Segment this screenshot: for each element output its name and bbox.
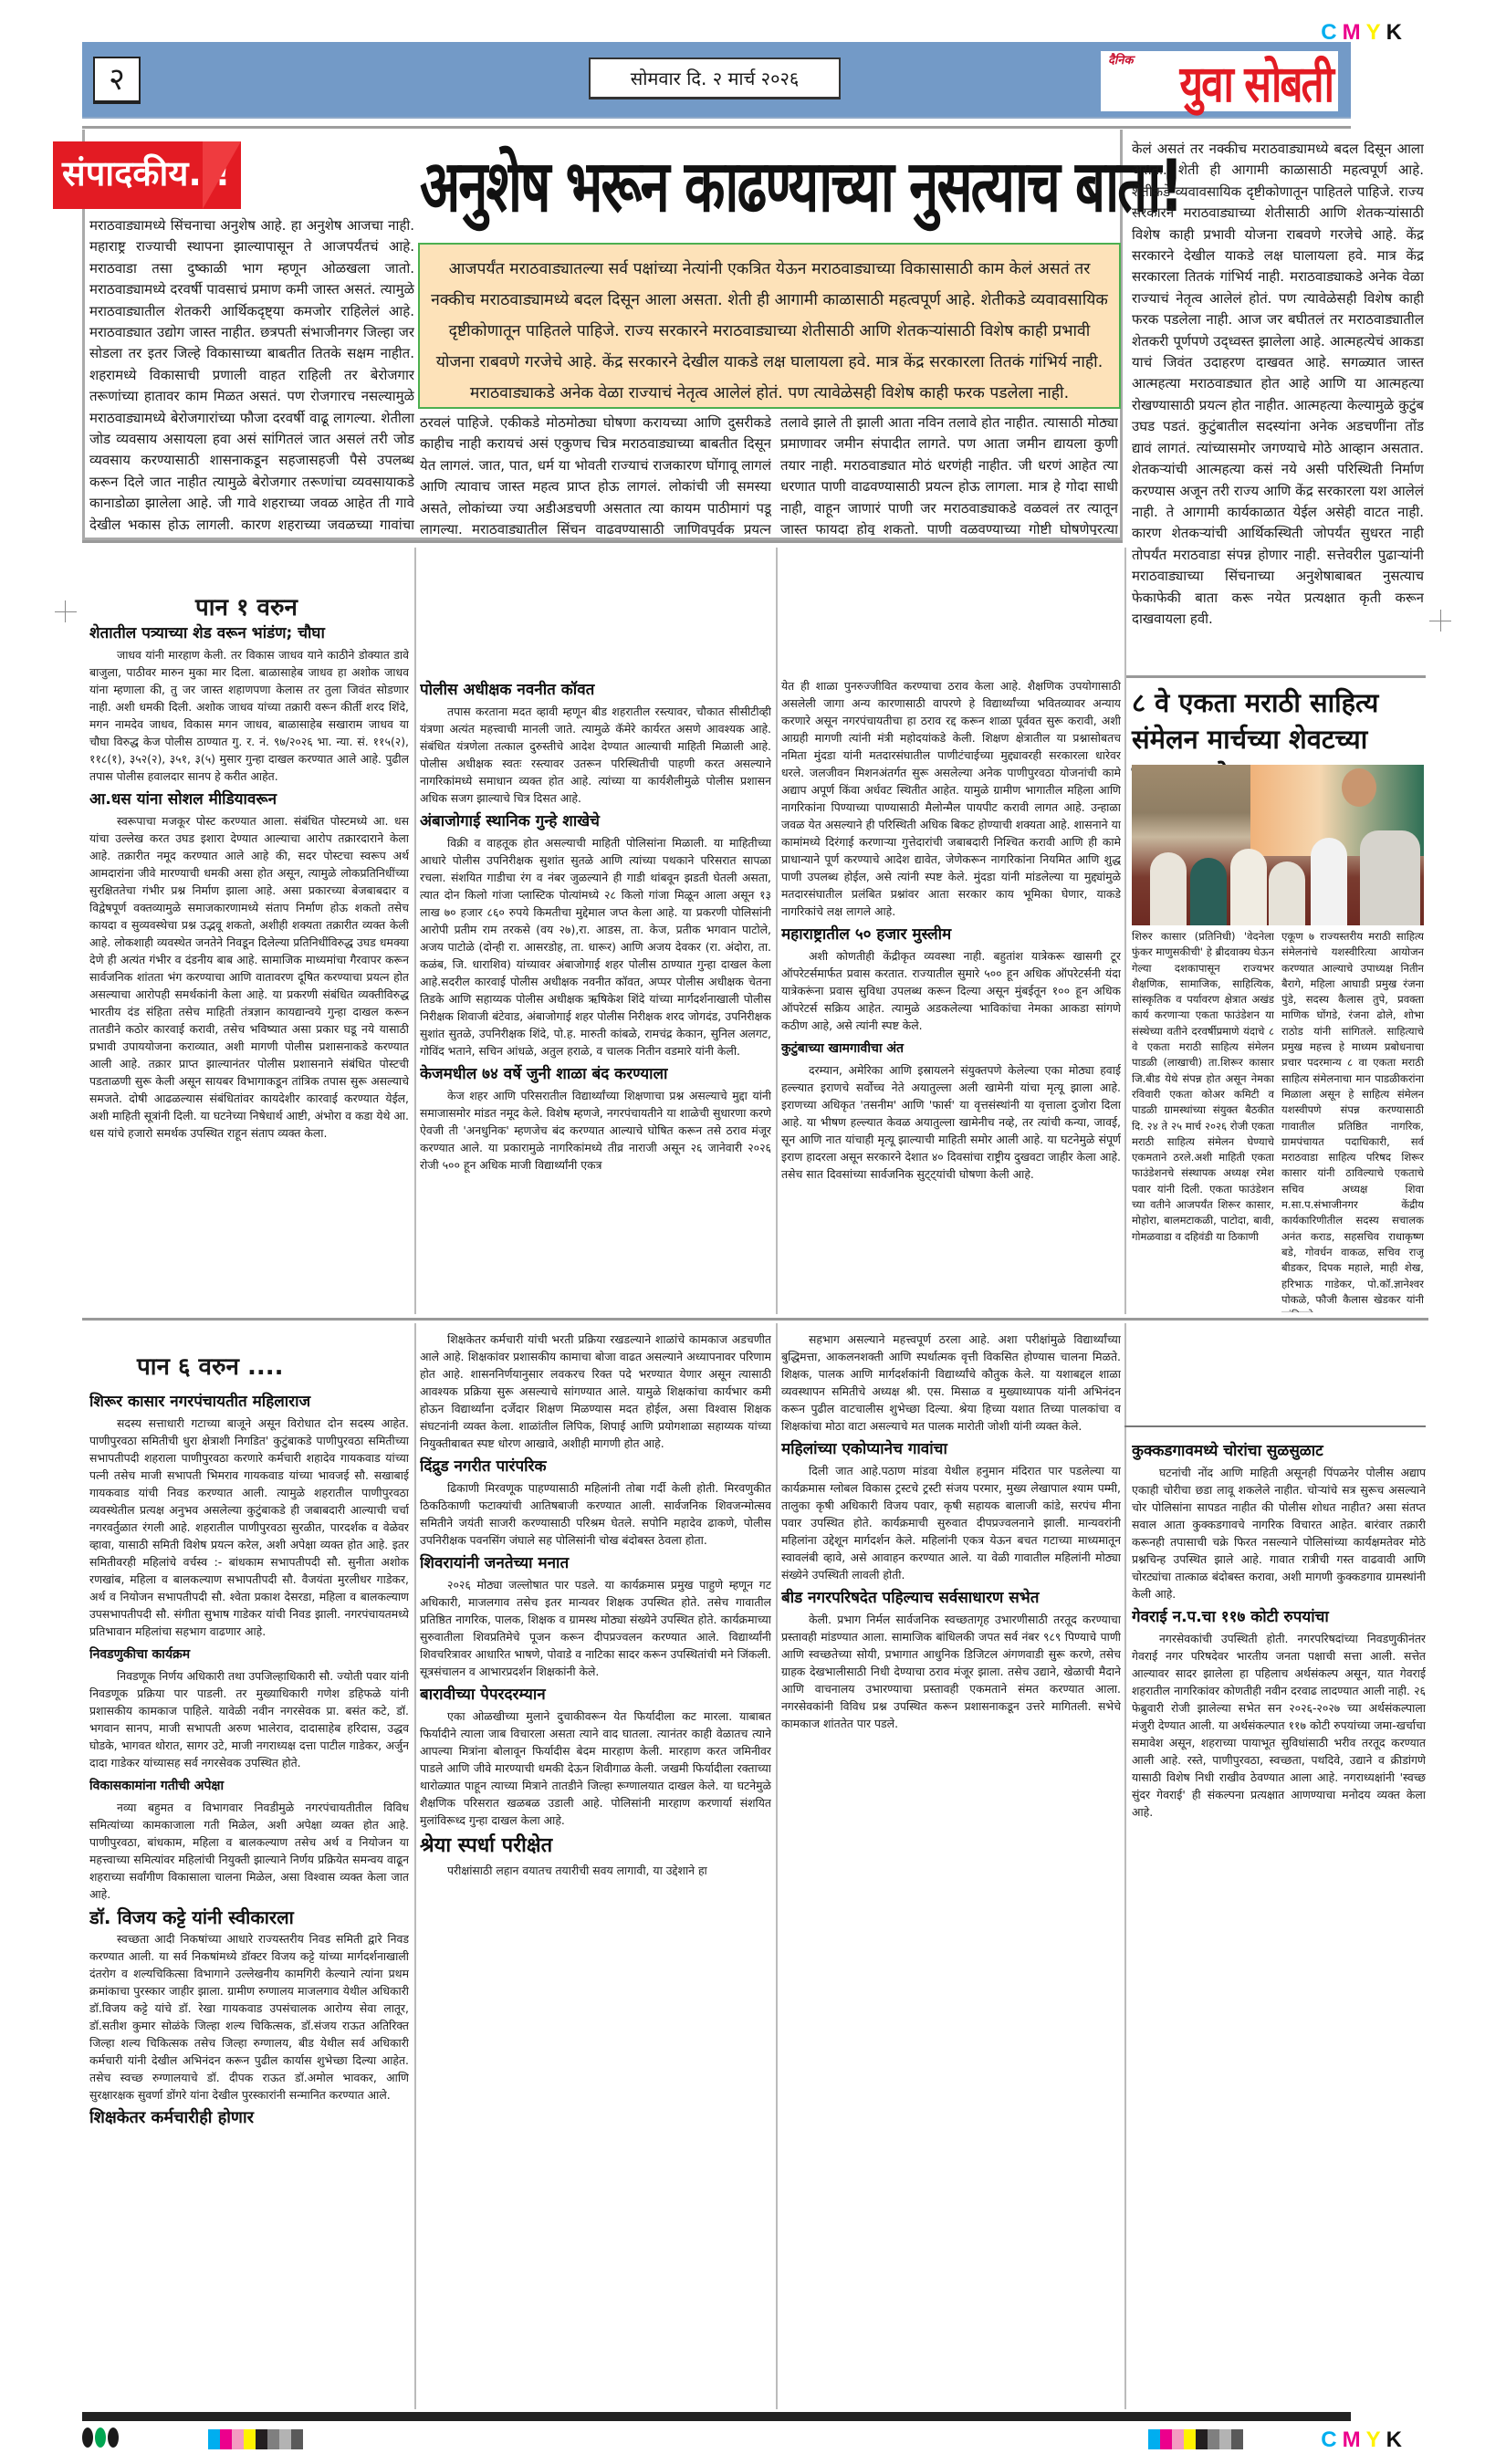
story-body: परीक्षांसाठी लहान वयातच तयारीची सवय लागा… [420,1862,771,1879]
cmyk-k: K [1386,2427,1407,2452]
page6-continuation-column: शिरूर कासार नगरपंचायतीत महिलाराज सदस्य स… [89,1387,409,2409]
cmyk-k: K [1386,20,1407,45]
story-headline: महिलांच्या एकोप्यानेच गावांचा [781,1438,1121,1460]
cmyk-m: M [1343,20,1366,45]
swatch-cyan [1148,2429,1160,2449]
story-headline: डॉ. विजय कट्टे यांनी स्वीकारला [89,1906,409,1928]
story-headline: अंबाजोगाई स्थानिक गुन्हे शाखेचे [420,810,771,832]
story-body: विक्री व वाहतूक होत असल्याची माहिती पोलि… [420,834,771,1060]
story-headline: बारावीच्या पेपरदरम्यान [420,1684,771,1706]
story-body: नव्या बहुमत व विभागवार निवडीमुळे नगरपंचा… [89,1799,409,1903]
column-divider [1124,548,1126,1314]
story-body: अशी कोणतीही केंद्रीकृत व्यवस्था नाही. बह… [781,947,1121,1034]
story-headline: शेतातील पत्र्याच्या शेड वरून भांडंण; चौघ… [89,622,409,644]
swatch-yellow [1184,2429,1196,2449]
editorial-column-4: केलं असतं तर नक्कीच मराठवाड्यामध्ये बदल … [1132,139,1424,673]
cmyk-m: M [1343,2427,1366,2452]
story-body: दिली जात आहे.पठाण मांडवा येथील हनुमान मं… [781,1462,1121,1583]
story-body: येत ही शाळा पुनरुज्जीवित करण्याचा ठराव क… [781,677,1121,920]
registration-dot [95,2427,106,2448]
swatch-gray [1208,2429,1219,2449]
bottom-right-column: कुक्कडगावमध्ये चोरांचा सुळसुळाट घटनांची … [1132,1436,1426,2409]
page1-continuation-column: शेतातील पत्र्याच्या शेड वरून भांडंण; चौघ… [89,619,409,1312]
editorial-column-3: तलावे झाले ती झाली आता नविन तलावे होत ना… [780,412,1118,535]
story-body: तपास करताना मदत व्हावी म्हणून बीड शहराती… [420,703,771,807]
story-body: नगरसेवकांची उपस्थिती होती. नगरपरिषदांच्य… [1132,1630,1426,1821]
story-body: केज शहर आणि परिसरातील विद्यार्थ्यांच्या … [420,1087,771,1174]
photo-person [1311,838,1347,925]
right-column-rule [1124,675,1426,678]
editorial-bottom-rule [82,540,1123,543]
story-headline: महाराष्ट्रातील ५० हजार मुस्लीम [781,924,1121,945]
column-divider [776,548,778,1314]
editorial-headline: अनुशेष भरून काढण्याच्या नुसत्याच बाता! [420,137,1136,235]
logo-title: युवा सोबती [1180,57,1333,114]
right-column-rule [1124,1425,1426,1427]
photo-person [1269,861,1305,925]
page-number: २ [93,57,141,104]
photo-banner-portrait [1342,768,1376,807]
story-body: सदस्य सत्ताधारी गटाच्या बाजूने असून विरो… [89,1415,409,1640]
swatch-black [256,2429,267,2449]
cmyk-c: C [1321,20,1342,45]
story-subheadline: कुटुंबाच्या खामगावीचा अंत [781,1038,1121,1060]
swatch-yellow [244,2429,256,2449]
story-headline: शिवरायांनी जनतेच्या मनात [420,1552,771,1574]
photo-person [1150,852,1187,925]
story-headline: आ.धस यांना सोशल मीडियावरून [89,788,409,810]
swatch-lightgray [279,2429,291,2449]
story-body: २०२६ मोठ्या जल्लोषात पार पडले. या कार्यक… [420,1576,771,1680]
cmyk-y: Y [1366,20,1386,45]
footer-strip [82,2412,1351,2421]
story-body: स्वरूपाचा मजकूर पोस्ट करण्यात आला. संबंध… [89,812,409,1142]
continued-from-page-6: पान ६ वरुन .... [82,1349,411,1382]
story-subheadline: विकासकामांना गतीची अपेक्षा [89,1775,409,1797]
logo-prefix: दैनिक [1108,51,1133,68]
middle-column-1: पोलीस अधीक्षक नवनीत कॉवत तपास करताना मदत… [420,675,771,1314]
story-body: सहभाग असल्याने महत्त्वपूर्ण ठरला आहे. अश… [781,1331,1121,1435]
editorial-label-tail [203,141,241,209]
editorial-column-1: मराठवाड्यामध्ये सिंचनाचा अनुशेष आहे. हा … [89,215,414,533]
section-rule [82,1318,1428,1321]
editorial-column-2: ठरवलं पाहिजे. एकीकडे मोठमोठ्या घोषणा करा… [420,412,771,535]
masthead-divider [82,126,1351,129]
swatch-pink [1172,2429,1184,2449]
feature-photo [1132,765,1424,925]
swatch-black [1196,2429,1208,2449]
column-divider [414,548,416,1314]
cmyk-c: C [1321,2427,1342,2452]
swatch-gray [267,2429,279,2449]
story-headline: गेवराई न.प.चा ११७ कोटी रुपयांचा [1132,1606,1426,1628]
swatch-magenta [220,2429,232,2449]
photo-person [1230,849,1267,925]
editorial-summary: आजपर्यंत मराठवाड्यातल्या सर्व पक्षांच्या… [418,243,1121,409]
story-headline: केजमधील ७४ वर्षे जुनी शाळा बंद करण्याला [420,1063,771,1085]
story-body: घटनांची नोंद आणि माहिती असूनही पिंपळनेर … [1132,1464,1426,1603]
feature-column-1: शिरुर कासार (प्रतिनिधी) 'वेदनेला फुंकर म… [1132,929,1274,1312]
story-body: जाधव यांनी मारहाण केली. तर विकास जाधव या… [89,646,409,785]
swatch-magenta [1160,2429,1172,2449]
story-headline: कुक्कडगावमध्ये चोरांचा सुळसुळाट [1132,1440,1426,1462]
story-headline: पोलीस अधीक्षक नवनीत कॉवत [420,679,771,701]
photo-person [1190,858,1227,925]
masthead: २ सोमवार दि. २ मार्च २०२६ दैनिक युवा सोब… [82,42,1351,119]
photo-person [1360,830,1420,925]
bottom-right-middle-column: सहभाग असल्याने महत्त्वपूर्ण ठरला आहे. अश… [781,1331,1121,2407]
swatch-darkgray [1231,2429,1243,2449]
story-body: स्वच्छता आदी निकषांच्या आधारे राज्यस्तरी… [89,1930,409,2104]
crop-mark [55,611,77,612]
story-headline: बीड नगरपरिषदेत पहिल्याच सर्वसाधारण सभेत [781,1587,1121,1609]
story-headline: दिंद्रुड नगरीत पारंपरिक [420,1456,771,1477]
story-headline: शिक्षकेतर कर्मचारीही होणार [89,2107,409,2129]
story-body: शिक्षकेतर कर्मचारी यांची भरती प्रक्रिया … [420,1331,771,1452]
swatch-pink [232,2429,244,2449]
swatch-lightgray [1219,2429,1231,2449]
newspaper-logo: दैनिक युवा सोबती [1101,51,1338,111]
cmyk-print-mark: CMYK [1321,2427,1407,2453]
column-divider [776,1323,778,2409]
story-headline: श्रेया स्पर्धा परीक्षेत [420,1832,771,1860]
column-divider [414,1323,416,2409]
issue-date: सोमवार दि. २ मार्च २०२६ [589,57,841,99]
story-body: केली. प्रभाग निर्मल सार्वजनिक स्वच्छतागृ… [781,1611,1121,1732]
swatch-cyan [208,2429,220,2449]
story-body: निवडणूक निर्णय अधिकारी तथा उपजिल्हाधिकार… [89,1667,409,1771]
continued-from-page-1: पान १ वरुन [82,590,411,622]
column-divider [1124,1323,1126,2409]
crop-mark [65,600,66,622]
registration-dot [82,2427,93,2448]
registration-dot [108,2427,119,2448]
cmyk-y: Y [1366,2427,1386,2452]
crop-mark [1440,610,1441,632]
story-headline: शिरूर कासार नगरपंचायतीत महिलाराज [89,1391,409,1413]
feature-column-2: एकूण ७ राज्यस्तरीय मराठी साहित्य संमेलना… [1281,929,1424,1312]
swatch-darkgray [291,2429,303,2449]
story-body: दरम्यान, अमेरिका आणि इस्रायलने संयुक्तपण… [781,1061,1121,1183]
story-body: ढिकाणी मिरवणूक पाहण्यासाठी महिलांनी तोबा… [420,1479,771,1549]
story-subheadline: निवडणुकीचा कार्यक्रम [89,1644,409,1665]
bottom-middle-column: शिक्षकेतर कर्मचारी यांची भरती प्रक्रिया … [420,1331,771,2407]
middle-column-2: येत ही शाळा पुनरुज्जीवित करण्याचा ठराव क… [781,677,1121,1314]
story-body: एका ओळखीच्या मुलाने दुचाकीवरून येत फिर्य… [420,1707,771,1829]
